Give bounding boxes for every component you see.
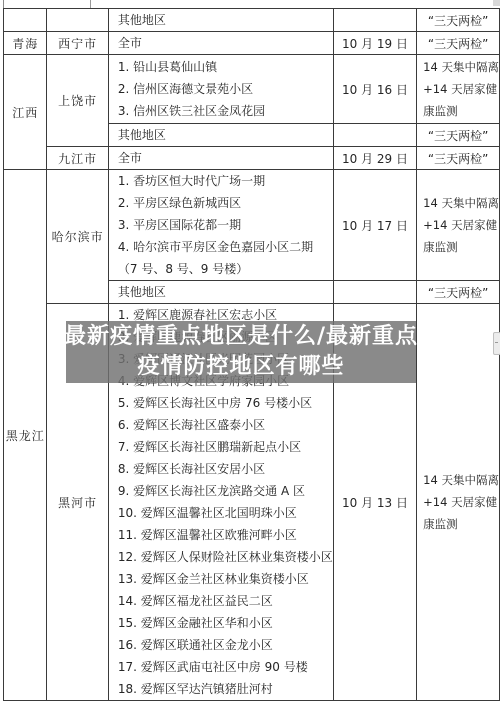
- measure-line: 14 天集中隔离: [417, 192, 499, 214]
- cell-measure: 14 天集中隔离+14 天居家健康监测: [417, 304, 500, 701]
- measure-line: 康监测: [417, 513, 499, 535]
- measure-line: +14 天居家健: [417, 214, 499, 236]
- table-row: 其他地区“三天两检”: [4, 9, 500, 32]
- area-item: 15. 爱辉区金融社区华和小区: [109, 612, 333, 634]
- cell-measure: 14 天集中隔离+14 天居家健康监测: [417, 55, 500, 124]
- cell-date: [333, 281, 416, 304]
- cell-city: 九江市: [47, 147, 108, 170]
- area-item: 14. 爱辉区福龙社区益民二区: [109, 590, 333, 612]
- area-item: 10. 爱辉区温馨社区北国明珠小区: [109, 502, 333, 524]
- scrollbar-dash-icon: [495, 342, 498, 343]
- cell-city: [47, 9, 108, 32]
- cell-date: 10 月 19 日: [333, 32, 416, 55]
- area-item: 17. 爱辉区武庙屯社区中房 90 号楼: [109, 656, 333, 678]
- cell-measure: 14 天集中隔离+14 天居家健康监测: [417, 170, 500, 281]
- area-item: 11. 爱辉区温馨社区欧雅河畔小区: [109, 524, 333, 546]
- measure-line: 14 天集中隔离: [417, 56, 499, 78]
- headline-line-1: 最新疫情重点地区是什么/最新重点: [64, 322, 418, 352]
- area-item: 5. 爱辉区长海社区中房 76 号楼小区: [109, 392, 333, 414]
- area-item: 其他地区: [109, 9, 333, 31]
- area-item: 全市: [109, 147, 333, 169]
- area-item: 3. 信州区铁三社区金凤花园: [109, 100, 333, 122]
- cell-province: 江西: [4, 55, 47, 170]
- cell-date: [333, 9, 416, 32]
- area-item: 6. 爱辉区长海社区盛泰小区: [109, 414, 333, 436]
- headline-overlay: 最新疫情重点地区是什么/最新重点 疫情防控地区有哪些: [66, 321, 416, 383]
- cell-province: 黑龙江: [4, 170, 47, 701]
- area-item: 9. 爱辉区长海社区龙滨路交通 A 区: [109, 480, 333, 502]
- cell-measure: “三天两检”: [417, 281, 500, 304]
- table-row: 青海西宁市全市10 月 19 日“三天两检”: [4, 32, 500, 55]
- cell-date: 10 月 29 日: [333, 147, 416, 170]
- measure-line: +14 天居家健: [417, 78, 499, 100]
- area-item: 16. 爱辉区联通社区金龙小区: [109, 634, 333, 656]
- cell-province: 青海: [4, 32, 47, 55]
- area-item: 8. 爱辉区长海社区安居小区: [109, 458, 333, 480]
- table-row: 黑龙江哈尔滨市1. 香坊区恒大时代广场一期2. 平房区绿色新城西区3. 平房区国…: [4, 170, 500, 281]
- area-item: 其他地区: [109, 281, 333, 303]
- cell-areas: 全市: [108, 32, 333, 55]
- area-item: 12. 爱辉区人保财险社区林业集资楼小区: [109, 546, 333, 568]
- area-item: 1. 铅山县葛仙山镇: [109, 56, 333, 78]
- area-item: 4. 哈尔滨市平房区金色嘉园小区二期: [109, 236, 333, 258]
- cell-areas: 其他地区: [108, 9, 333, 32]
- cell-date: 10 月 16 日: [333, 55, 416, 124]
- measure-line: +14 天居家健: [417, 491, 499, 513]
- cell-measure: “三天两检”: [417, 124, 500, 147]
- cell-areas: 1. 铅山县葛仙山镇2. 信州区海德文景苑小区3. 信州区铁三社区金凤花园: [108, 55, 333, 124]
- cell-measure: “三天两检”: [417, 9, 500, 32]
- area-item: 18. 爱辉区罕达汽镇猪肚河村: [109, 678, 333, 700]
- area-item: 2. 平房区绿色新城西区: [109, 192, 333, 214]
- area-item: 13. 爱辉区金兰社区林业集资楼小区: [109, 568, 333, 590]
- measure-line: 康监测: [417, 100, 499, 122]
- area-item: 3. 平房区国际花都一期: [109, 214, 333, 236]
- cell-measure: “三天两检”: [417, 147, 500, 170]
- cell-measure: “三天两检”: [417, 32, 500, 55]
- area-item: 7. 爱辉区长海社区鹏瑞新起点小区: [109, 436, 333, 458]
- cell-areas: 1. 香坊区恒大时代广场一期2. 平房区绿色新城西区3. 平房区国际花都一期4.…: [108, 170, 333, 281]
- area-item: 1. 香坊区恒大时代广场一期: [109, 170, 333, 192]
- area-item: 全市: [109, 32, 333, 54]
- cell-areas: 其他地区: [108, 124, 333, 147]
- headline-line-2: 疫情防控地区有哪些: [137, 352, 344, 382]
- cell-date: 10 月 17 日: [333, 170, 416, 281]
- cell-city: 哈尔滨市: [47, 170, 108, 304]
- area-item: 其他地区: [109, 124, 333, 146]
- cell-areas: 其他地区: [108, 281, 333, 304]
- area-item: 2. 信州区海德文景苑小区: [109, 78, 333, 100]
- corner-patch: [493, 0, 500, 6]
- cell-city: 上饶市: [47, 55, 108, 147]
- table-row: 九江市全市10 月 29 日“三天两检”: [4, 147, 500, 170]
- measure-line: 14 天集中隔离: [417, 469, 499, 491]
- cell-city: 西宁市: [47, 32, 108, 55]
- cell-date: [333, 124, 416, 147]
- cell-province: [4, 9, 47, 32]
- measure-line: 康监测: [417, 236, 499, 258]
- area-item: （7 号、8 号、9 号楼）: [109, 258, 333, 280]
- table-row: 江西上饶市1. 铅山县葛仙山镇2. 信州区海德文景苑小区3. 信州区铁三社区金凤…: [4, 55, 500, 124]
- cell-areas: 全市: [108, 147, 333, 170]
- scrollbar-thumb[interactable]: [493, 332, 500, 355]
